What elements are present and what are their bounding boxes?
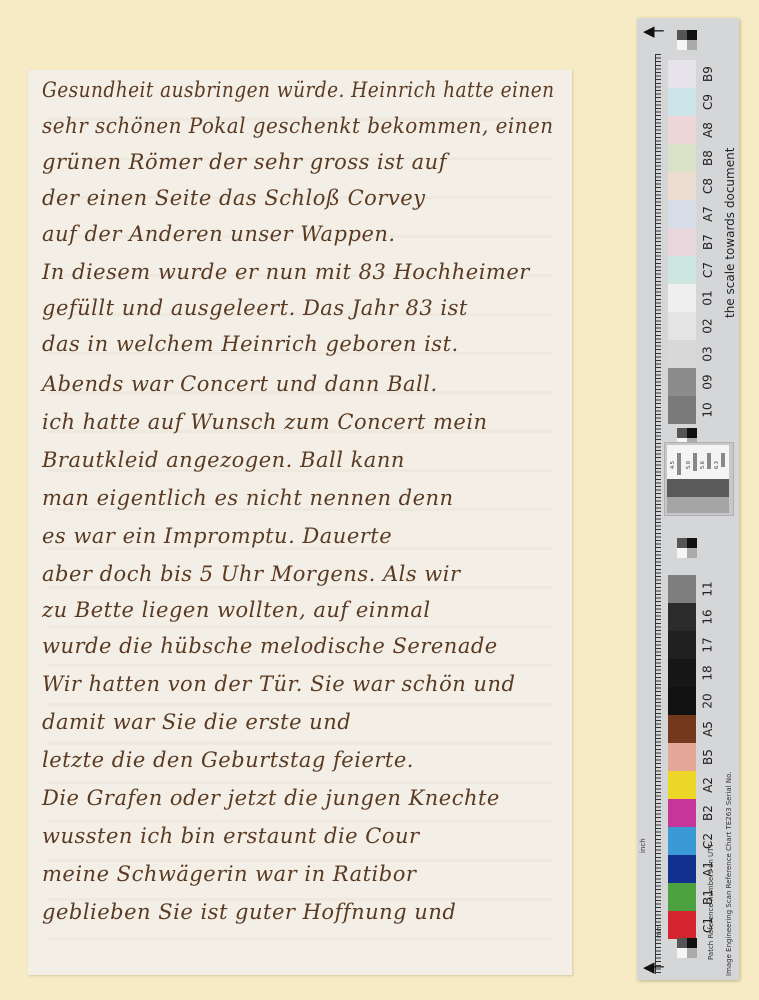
handwriting-line: Die Grafen oder jetzt die jungen Knechte	[42, 786, 500, 810]
patch-label: A2	[699, 771, 717, 799]
handwriting-line: grünen Römer der sehr gross ist auf	[42, 150, 447, 174]
patch-09	[668, 368, 696, 396]
patch-label: B5	[699, 743, 717, 771]
handwriting-line: In diesem wurde er nun mit 83 Hochheimer	[42, 260, 530, 284]
resolution-target: 4.5 5.0 5.6 6.3	[667, 445, 729, 479]
patch-B8	[668, 144, 696, 172]
patch-label: 18	[699, 659, 717, 687]
patch-label: A5	[699, 715, 717, 743]
patch-18	[668, 659, 696, 687]
patch-10	[668, 396, 696, 424]
patch-label: B7	[699, 228, 717, 256]
patch-label: 17	[699, 631, 717, 659]
arrow-left-icon: ◀─	[643, 962, 659, 972]
patch-01	[668, 284, 696, 312]
patch-label: B2	[699, 799, 717, 827]
handwriting-line: sehr schönen Pokal geschenkt bekommen, e…	[42, 114, 554, 138]
patch-B2	[668, 799, 696, 827]
handwriting-line: Brautkleid angezogen. Ball kann	[42, 448, 405, 472]
gray-squares-icon	[677, 938, 697, 958]
handwriting-line: damit war Sie die erste und	[42, 710, 351, 734]
patch-16	[668, 603, 696, 631]
patch-label: 09	[699, 368, 717, 396]
patch-B1	[668, 883, 696, 911]
res-label: 6.3	[714, 461, 720, 469]
handwriting-line: letzte die den Geburtstag feierte.	[42, 748, 414, 772]
patch-label: 16	[699, 603, 717, 631]
inch-unit-label: inch	[639, 838, 647, 853]
handwriting-line: auf der Anderen unser Wappen.	[42, 222, 396, 246]
res-label: 5.0	[686, 461, 692, 469]
patch-A2	[668, 771, 696, 799]
patch-label: B9	[699, 60, 717, 88]
patch-C7	[668, 256, 696, 284]
handwriting-line: geblieben Sie ist guter Hoffnung und	[42, 900, 456, 924]
patch-label: C7	[699, 256, 717, 284]
patch-B5	[668, 743, 696, 771]
gray-squares-icon	[677, 538, 697, 558]
handwriting-line: meine Schwägerin war in Ratibor	[42, 862, 416, 886]
handwriting-line: das in welchem Heinrich geboren ist.	[42, 332, 459, 356]
gray-wedge-light	[667, 497, 729, 513]
patch-label: 11	[699, 575, 717, 603]
patch-label: 20	[699, 687, 717, 715]
res-label: 5.6	[700, 461, 706, 469]
patch-reference-caption: Patch Reference numbers on UTT	[707, 843, 715, 960]
gray-squares-icon	[677, 30, 697, 50]
patch-A1	[668, 855, 696, 883]
patch-20	[668, 687, 696, 715]
mm-unit-label: mm	[655, 924, 663, 938]
handwriting-line: Wir hatten von der Tür. Sie war schön un…	[42, 672, 515, 696]
handwriting-line: man eigentlich es nicht nennen denn	[42, 486, 454, 510]
handwriting-line: Abends war Concert und dann Ball.	[42, 372, 438, 396]
patch-C1	[668, 911, 696, 939]
patch-label: 10	[699, 396, 717, 424]
resolution-wedge: 4.5 5.0 5.6 6.3	[664, 442, 734, 516]
chart-info-caption: Image Engineering Scan Reference Chart T…	[725, 772, 733, 977]
patch-label: A8	[699, 116, 717, 144]
patch-label: 01	[699, 284, 717, 312]
patch-C2	[668, 827, 696, 855]
patch-17	[668, 631, 696, 659]
patch-label: 03	[699, 340, 717, 368]
handwriting-line: Gesundheit ausbringen würde. Heinrich ha…	[42, 78, 555, 102]
patch-C9	[668, 88, 696, 116]
arrow-left-icon: ◀─	[643, 26, 659, 36]
patch-label: A7	[699, 200, 717, 228]
scale-caption: the scale towards document	[723, 148, 737, 318]
letter-page: Gesundheit ausbringen würde. Heinrich ha…	[28, 70, 572, 975]
patch-label: C9	[699, 88, 717, 116]
patch-C8	[668, 172, 696, 200]
patch-A5	[668, 715, 696, 743]
res-bar	[721, 453, 725, 467]
patch-label: 02	[699, 312, 717, 340]
color-reference-chart: ◀─ the scale towards document B9 C9 A8 B…	[637, 18, 739, 980]
patch-B9	[668, 60, 696, 88]
patch-label: C8	[699, 172, 717, 200]
patch-02	[668, 312, 696, 340]
res-bar	[707, 453, 711, 469]
patch-A8	[668, 116, 696, 144]
handwriting-line: wurde die hübsche melodische Serenade	[42, 634, 498, 658]
handwriting-line: wussten ich bin erstaunt die Cour	[42, 824, 420, 848]
patch-03	[668, 340, 696, 368]
mm-ruler-scale	[655, 54, 664, 974]
handwriting-line: gefüllt und ausgeleert. Das Jahr 83 ist	[42, 296, 468, 320]
handwriting-line: zu Bette liegen wollten, auf einmal	[42, 598, 431, 622]
gray-wedge-dark	[667, 479, 729, 497]
res-bar	[693, 453, 697, 471]
patch-B7	[668, 228, 696, 256]
res-bar	[677, 453, 681, 475]
handwriting-line: ich hatte auf Wunsch zum Concert mein	[42, 410, 488, 434]
handwriting-line: es war ein Impromptu. Dauerte	[42, 524, 392, 548]
patch-A7	[668, 200, 696, 228]
patch-11	[668, 575, 696, 603]
handwriting-line: aber doch bis 5 Uhr Morgens. Als wir	[42, 562, 461, 586]
patch-label: B8	[699, 144, 717, 172]
handwriting-line: der einen Seite das Schloß Corvey	[42, 186, 426, 210]
res-label: 4.5	[670, 461, 676, 469]
